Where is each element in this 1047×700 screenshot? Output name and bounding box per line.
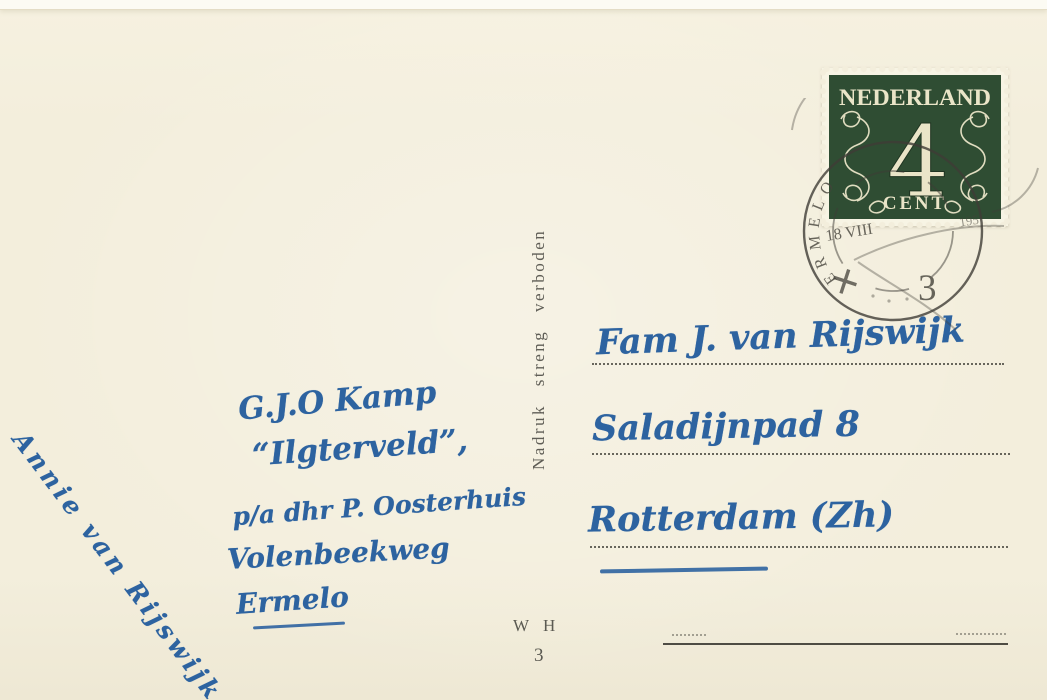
recipient-street-line: Saladijnpad 8	[592, 404, 861, 450]
signature-diagonal: Annie van Rijswijk	[7, 426, 229, 700]
divider-copyright-note: Nadruk streng verboden	[529, 220, 549, 470]
postmark-date: 18 VIII	[825, 221, 874, 245]
postmark-office-number: 3	[918, 268, 937, 309]
address-dotted-line-2	[592, 453, 1010, 455]
address-dotted-line-3	[590, 546, 1008, 548]
recipient-city-line: Rotterdam (Zh)	[588, 494, 895, 540]
printer-initials: W H	[513, 616, 560, 636]
sender-house-name-line: “Ilgterveld”,	[251, 423, 469, 474]
postmark-year-fragment: 195	[958, 212, 980, 230]
printer-number: 3	[534, 645, 544, 667]
address-line-4	[663, 643, 1008, 645]
postcard-back: Nadruk streng verboden W H 3 Annie van R…	[0, 0, 1047, 700]
postmark: ERMELO 18 VIII 195 3	[758, 98, 1047, 364]
sender-street-line: Volenbeekweg	[226, 531, 450, 576]
sender-name-line: G.J.O Kamp	[237, 374, 438, 427]
card-deckled-top-edge	[0, 0, 1047, 10]
address-dotted-line-4-fragment-right	[956, 633, 1006, 635]
stamp-perforation-top	[822, 66, 1008, 74]
recipient-city-underline	[600, 567, 768, 574]
address-dotted-line-4-fragment-left	[672, 634, 706, 636]
sender-town-line: Ermelo	[235, 580, 350, 621]
sender-care-of-line: p/a dhr P. Oosterhuis	[231, 482, 527, 531]
postmark-stray-arcs	[792, 98, 1038, 330]
postmark-bottom-rim-marks	[871, 294, 908, 302]
sender-town-underline	[253, 622, 345, 630]
